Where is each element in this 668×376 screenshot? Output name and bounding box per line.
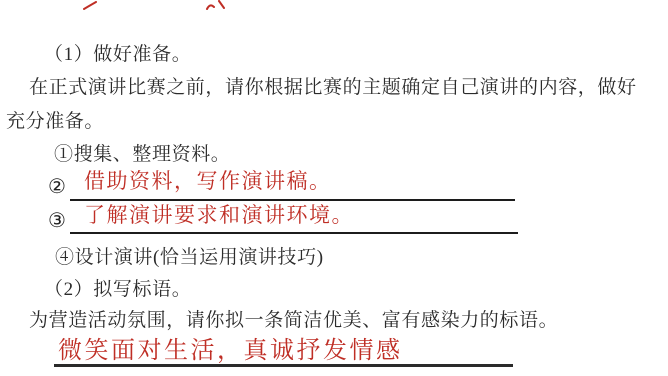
worksheet-page: （1）做好准备。 在正式演讲比赛之前，请你根据比赛的主题确定自己演讲的内容，做好… <box>0 0 668 376</box>
list-item-3-answer: 了解演讲要求和演讲环境。 <box>84 205 354 226</box>
list-item-3-number: ③ <box>48 211 66 231</box>
answer-blank-line-2 <box>70 199 515 201</box>
section2-answer: 微笑面对生活，真诚抒发情感 <box>58 339 403 363</box>
section1-paragraph-line1: 在正式演讲比赛之前，请你根据比赛的主题确定自己演讲的内容，做好 <box>29 77 637 99</box>
list-item-2-answer: 借助资料，写作演讲稿。 <box>84 171 332 192</box>
section2-heading: （2）拟写标语。 <box>44 279 191 301</box>
answer-blank-line-slogan <box>54 364 513 367</box>
section1-paragraph-line2: 充分准备。 <box>6 111 104 133</box>
list-item-4: ④设计演讲(恰当运用演讲技巧) <box>55 247 324 269</box>
answer-blank-line-3 <box>70 232 518 234</box>
section1-heading: （1）做好准备。 <box>44 44 191 66</box>
section2-paragraph: 为营造活动氛围，请你拟一条简洁优美、富有感染力的标语。 <box>29 310 558 332</box>
red-ink-fragment-left <box>83 1 99 10</box>
red-ink-fragment-right <box>205 0 227 10</box>
list-item-1: ①搜集、整理资料。 <box>54 144 230 166</box>
list-item-2-number: ② <box>48 177 66 197</box>
